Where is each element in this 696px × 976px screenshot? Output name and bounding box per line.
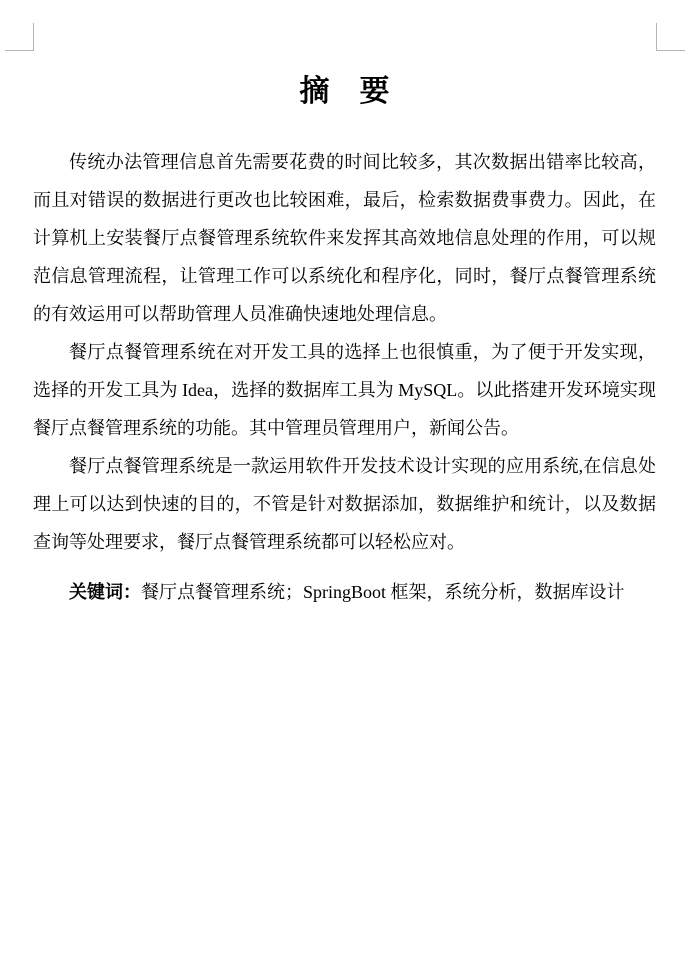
keywords-text: 餐厅点餐管理系统；SpringBoot 框架，系统分析，数据库设计 bbox=[141, 582, 625, 602]
margin-mark-top-left-icon bbox=[5, 23, 34, 51]
document-page: 摘 要 传统办法管理信息首先需要花费的时间比较多，其次数据出错率比较高，而且对错… bbox=[0, 0, 696, 976]
margin-mark-top-right-icon bbox=[656, 23, 685, 51]
abstract-paragraph: 餐厅点餐管理系统在对开发工具的选择上也很慎重，为了便于开发实现，选择的开发工具为… bbox=[33, 333, 656, 447]
keywords-label: 关键词： bbox=[69, 582, 141, 602]
abstract-body: 传统办法管理信息首先需要花费的时间比较多，其次数据出错率比较高，而且对错误的数据… bbox=[33, 143, 656, 561]
abstract-paragraph: 餐厅点餐管理系统是一款运用软件开发技术设计实现的应用系统,在信息处理上可以达到快… bbox=[33, 447, 656, 561]
abstract-paragraph: 传统办法管理信息首先需要花费的时间比较多，其次数据出错率比较高，而且对错误的数据… bbox=[33, 143, 656, 333]
page-title: 摘 要 bbox=[33, 50, 656, 112]
page-content: 摘 要 传统办法管理信息首先需要花费的时间比较多，其次数据出错率比较高，而且对错… bbox=[33, 50, 656, 611]
keywords-line: 关键词：餐厅点餐管理系统；SpringBoot 框架，系统分析，数据库设计 bbox=[33, 573, 656, 611]
